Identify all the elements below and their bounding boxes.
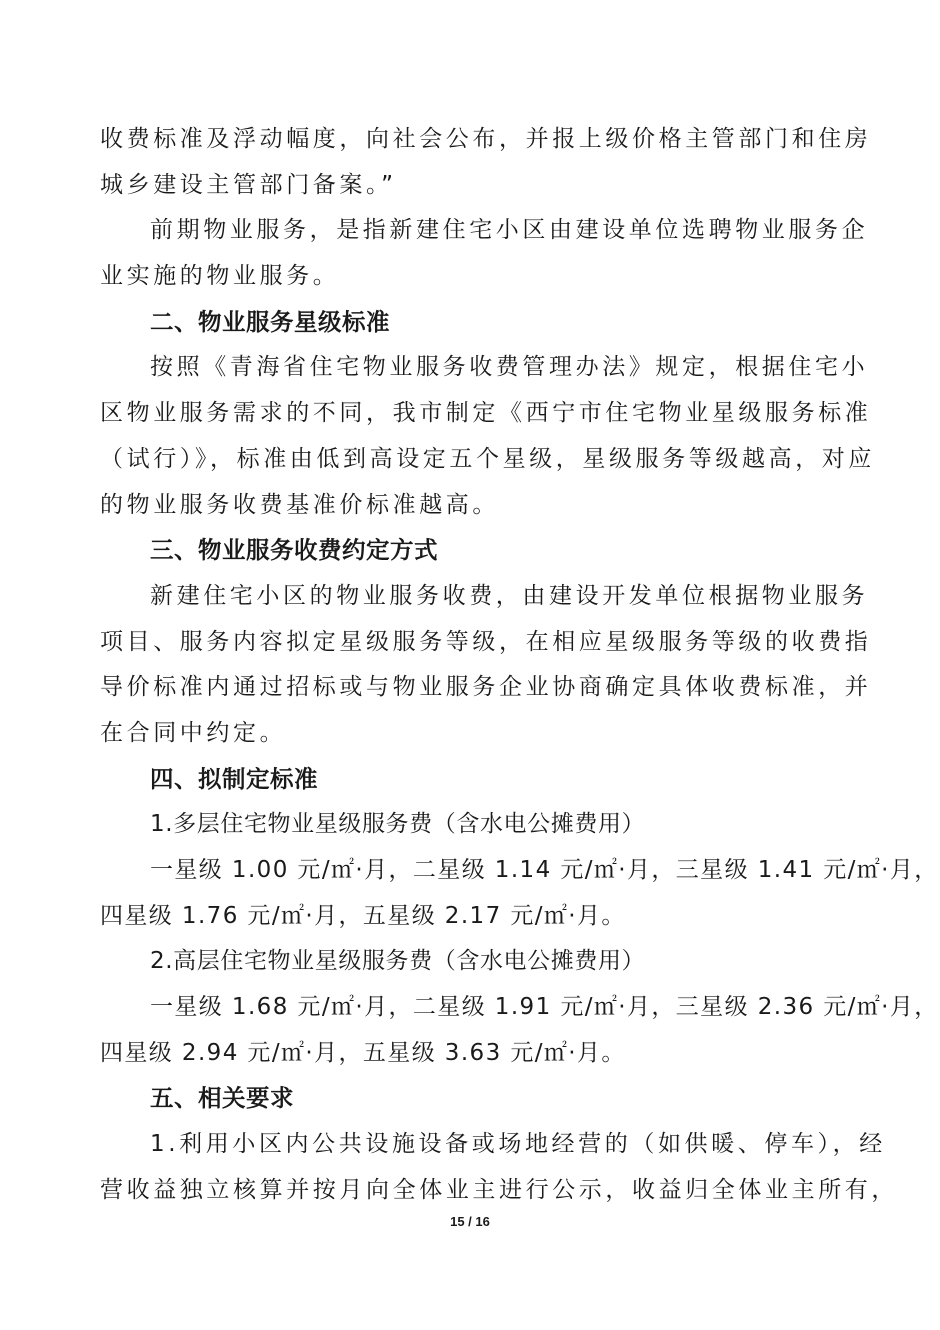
paragraph-line: 区物业服务需求的不同，我市制定《西宁市住宅物业星级服务标准 (100, 391, 856, 437)
paragraph-line: 按照《青海省住宅物业服务收费管理办法》规定，根据住宅小 (100, 345, 856, 391)
rate-line-high-rise: 一星级 1.68 元/㎡·月，二星级 1.91 元/㎡·月，三星级 2.36 元… (100, 985, 856, 1031)
subsection-title-high-rise: 2.高层住宅物业星级服务费（含水电公摊费用） (100, 939, 856, 985)
rate-line-multi-story: 四星级 1.76 元/㎡·月，五星级 2.17 元/㎡·月。 (100, 894, 856, 940)
paragraph-line: 业实施的物业服务。 (100, 254, 856, 300)
section-heading-3: 三、物业服务收费约定方式 (100, 528, 856, 574)
paragraph-line: 前期物业服务，是指新建住宅小区由建设单位选聘物业服务企 (100, 208, 856, 254)
section-heading-4: 四、拟制定标准 (100, 757, 856, 803)
section-heading-5: 五、相关要求 (100, 1076, 856, 1122)
document-page: 收费标准及浮动幅度，向社会公布，并报上级价格主管部门和住房 城乡建设主管部门备案… (0, 0, 940, 1330)
paragraph-line: 1.利用小区内公共设施设备或场地经营的（如供暖、停车），经 (100, 1122, 856, 1168)
paragraph-line: 导价标准内通过招标或与物业服务企业协商确定具体收费标准，并 (100, 665, 856, 711)
paragraph-line: （试行）》，标准由低到高设定五个星级，星级服务等级越高，对应 (100, 437, 856, 483)
paragraph-line: 收费标准及浮动幅度，向社会公布，并报上级价格主管部门和住房 (100, 117, 856, 163)
section-heading-2: 二、物业服务星级标准 (100, 300, 856, 346)
paragraph-line: 营收益独立核算并按月向全体业主进行公示，收益归全体业主所有， (100, 1168, 856, 1214)
paragraph-line: 新建住宅小区的物业服务收费，由建设开发单位根据物业服务 (100, 574, 856, 620)
paragraph-line: 在合同中约定。 (100, 711, 856, 757)
paragraph-line: 城乡建设主管部门备案。” (100, 163, 856, 209)
paragraph-line: 项目、服务内容拟定星级服务等级，在相应星级服务等级的收费指 (100, 620, 856, 666)
subsection-title-multi-story: 1.多层住宅物业星级服务费（含水电公摊费用） (100, 802, 856, 848)
paragraph-line: 的物业服务收费基准价标准越高。 (100, 483, 856, 529)
document-body: 收费标准及浮动幅度，向社会公布，并报上级价格主管部门和住房 城乡建设主管部门备案… (100, 117, 856, 1214)
rate-line-high-rise: 四星级 2.94 元/㎡·月，五星级 3.63 元/㎡·月。 (100, 1031, 856, 1077)
page-number: 15 / 16 (0, 1214, 940, 1229)
rate-line-multi-story: 一星级 1.00 元/㎡·月，二星级 1.14 元/㎡·月，三星级 1.41 元… (100, 848, 856, 894)
